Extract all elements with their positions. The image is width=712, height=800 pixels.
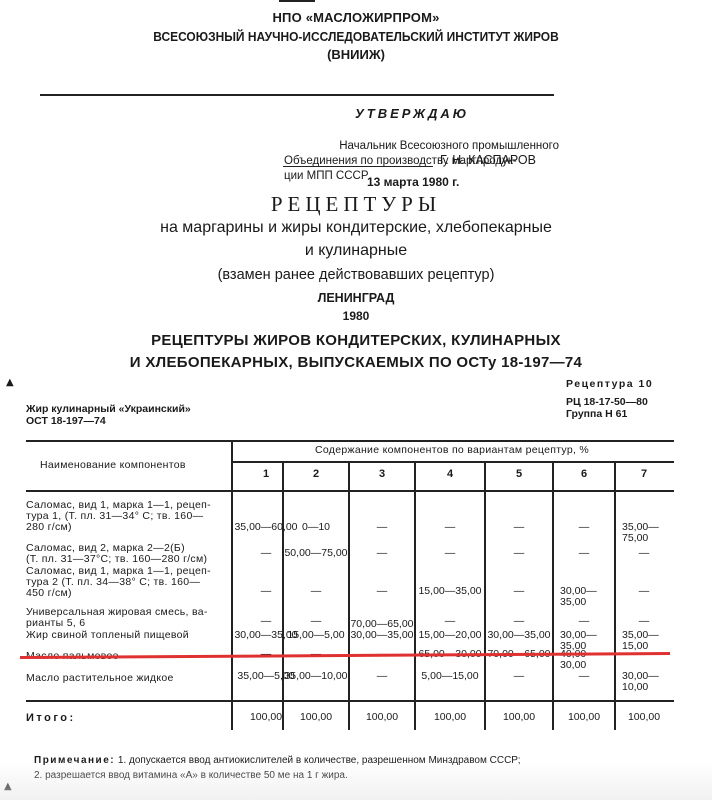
table-cell: — (554, 671, 614, 682)
table-cell: — (284, 586, 348, 597)
table-column-divider (231, 440, 233, 730)
component-name: Саломас, вид 1, марка 1—1, рецеп- тура 1… (26, 500, 226, 533)
table-cell: 35,00—10,00 (284, 671, 348, 682)
table-cell: — (486, 522, 552, 533)
approval-heading: УТВЕРЖДАЮ (355, 106, 469, 121)
table-cell: 15,00—20,00 (416, 630, 484, 641)
header-divider (40, 94, 554, 96)
component-name: Жир свиной топленый пищевой (26, 630, 226, 641)
column-header-component-name: Наименование компонентов (40, 459, 186, 471)
top-rule (279, 0, 315, 2)
total-cell: 100,00 (284, 712, 348, 723)
table-cell: 30,00— 10,00 (616, 671, 672, 693)
section-title-line-1: РЕЦЕПТУРЫ ЖИРОВ КОНДИТЕРСКИХ, КУЛИНАРНЫХ (0, 332, 712, 349)
section-title-line-2: И ХЛЕБОПЕКАРНЫХ, ВЫПУСКАЕМЫХ ПО ОСТу 18-… (0, 354, 712, 371)
table-cell: — (616, 616, 672, 627)
variant-number: 5 (486, 468, 552, 480)
table-cell: 5,00—15,00 (416, 671, 484, 682)
table-cell: — (486, 671, 552, 682)
table-cell: 15,00—5,00 (284, 630, 348, 641)
table-cell: 30,00—35,00 (350, 630, 414, 641)
product-standard: ОСТ 18-197—74 (26, 415, 191, 427)
table-cell: — (350, 522, 414, 533)
column-header-content: Содержание компонентов по вариантам реце… (315, 444, 589, 456)
recipe-code-value: РЦ 18-17-50—80 (566, 396, 648, 408)
table-cell: — (616, 548, 672, 559)
table-cell: — (416, 522, 484, 533)
scan-shadow (0, 760, 712, 800)
product-info: Жир кулинарный «Украинский» ОСТ 18-197—7… (26, 403, 191, 427)
recipe-number: Рецептура 10 (566, 378, 653, 390)
total-cell: 100,00 (350, 712, 414, 723)
table-cell: — (486, 586, 552, 597)
table-cell: — (486, 616, 552, 627)
table-cell: — (554, 548, 614, 559)
table-cell: — (554, 522, 614, 533)
approval-date: 13 марта 1980 г. (367, 175, 459, 189)
total-label: Итого: (26, 712, 76, 724)
table-top-rule (26, 440, 674, 442)
table-cell: 35,00— 75,00 (616, 522, 672, 544)
total-cell: 100,00 (416, 712, 484, 723)
recipe-code: РЦ 18-17-50—80 Группа Н 61 (566, 396, 648, 420)
document-subtitle-line-1: на маргарины и жиры кондитерские, хлебоп… (0, 219, 712, 237)
total-cell: 100,00 (554, 712, 614, 723)
table-cell: 30,00—35,00 (486, 630, 552, 641)
margin-mark-icon: ▲ (6, 377, 14, 388)
recipe-group: Группа Н 61 (566, 408, 648, 420)
document-subtitle-line-3: (взамен ранее действовавших рецептур) (0, 267, 712, 283)
organization-name: НПО «МАСЛОЖИРПРОМ» (0, 10, 712, 25)
total-cell: 100,00 (486, 712, 552, 723)
variant-number: 6 (554, 468, 614, 480)
approver-name: Г. Н. КАСПАРОВ (440, 153, 536, 167)
document-title: РЕЦЕПТУРЫ (0, 192, 712, 217)
table-cell: — (554, 616, 614, 627)
total-cell: 100,00 (616, 712, 672, 723)
institute-name: ВСЕСОЮЗНЫЙ НАУЧНО-ИССЛЕДОВАТЕЛЬСКИЙ ИНСТ… (28, 29, 683, 44)
table-cell: — (350, 548, 414, 559)
component-name: Саломас, вид 1, марка 1—1, рецеп- тура 2… (26, 566, 226, 599)
product-name: Жир кулинарный «Украинский» (26, 403, 191, 415)
approver-position-line-1: Начальник Всесоюзного промышленного (284, 139, 559, 154)
variant-number: 3 (350, 468, 414, 480)
table-cell: — (350, 671, 414, 682)
document-subtitle-line-2: и кулинарные (0, 242, 712, 260)
table-cell: — (284, 616, 348, 627)
variant-number: 2 (284, 468, 348, 480)
publication-year: 1980 (0, 309, 712, 323)
table-cell: — (416, 616, 484, 627)
table-cell: 0—10 (284, 522, 348, 533)
component-name: Саломас, вид 2, марка 2—2(Б) (Т. пл. 31—… (26, 543, 226, 565)
table-total-rule (26, 700, 674, 702)
variant-number: 4 (416, 468, 484, 480)
table-header-rule (26, 490, 674, 492)
table-cell: 15,00—35,00 (416, 586, 484, 597)
table-cell: — (416, 548, 484, 559)
table-cell: 50,00—75,00 (284, 548, 348, 559)
table-cell: — (486, 548, 552, 559)
publication-city: ЛЕНИНГРАД (0, 291, 712, 305)
table-cell: 30,00— 35,00 (554, 586, 614, 608)
component-name: Универсальная жировая смесь, ва- рианты … (26, 607, 226, 629)
variant-number: 7 (616, 468, 672, 480)
table-cell: — (616, 586, 672, 597)
component-name: Масло растительное жидкое (26, 673, 226, 684)
table-subheader-rule (233, 461, 674, 463)
table-cell: — (350, 586, 414, 597)
institute-abbreviation: (ВНИИЖ) (0, 47, 712, 62)
signature-line (283, 166, 433, 167)
